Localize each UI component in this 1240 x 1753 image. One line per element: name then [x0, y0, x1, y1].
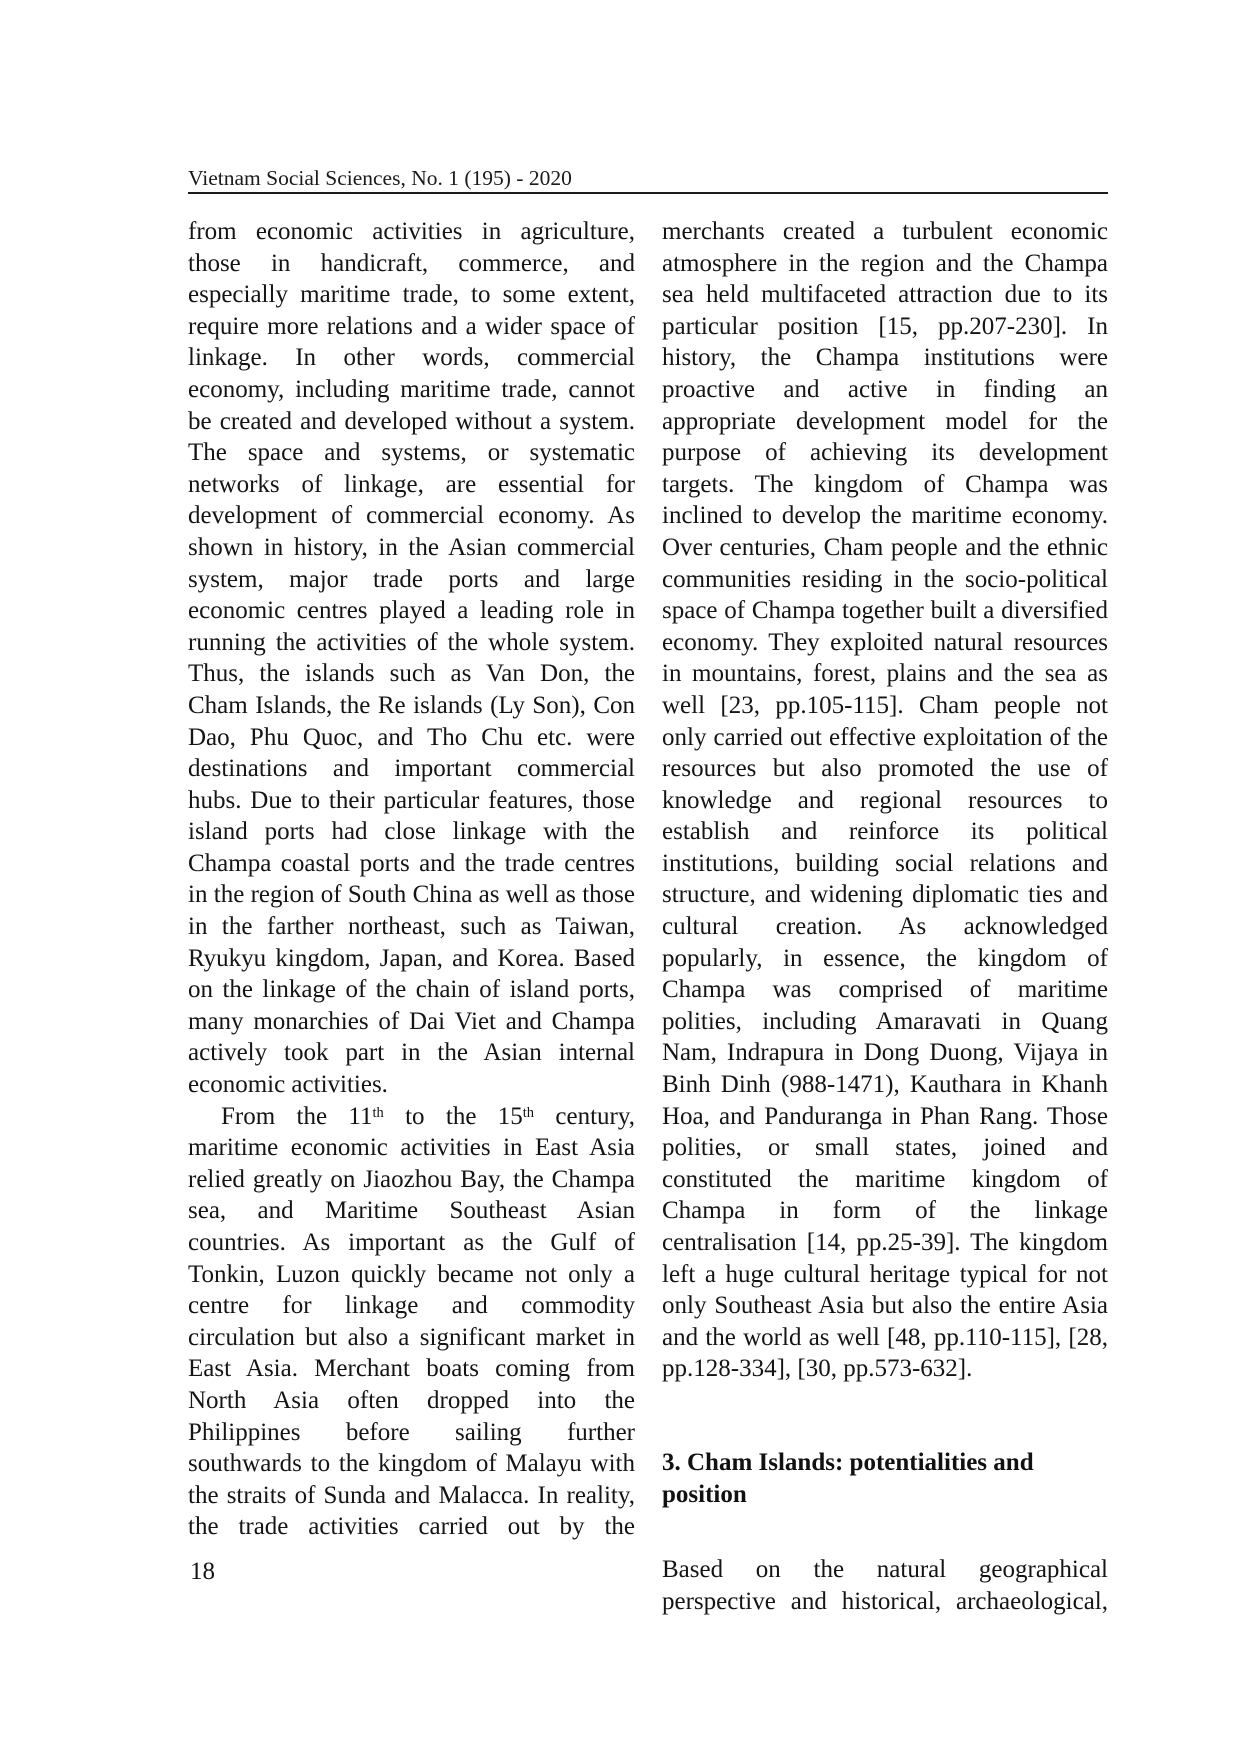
two-column-body: from economic activities in agriculture,… — [188, 216, 1108, 1617]
journal-title-text: Vietnam Social Sciences, No. 1 (195) - 2… — [188, 166, 572, 190]
superscript-ordinal: th — [372, 1105, 383, 1121]
paragraph-text: to the 15 — [384, 1103, 523, 1130]
left-column: from economic activities in agriculture,… — [188, 216, 635, 1617]
paragraph: merchants created a turbulent economic a… — [662, 216, 1108, 1385]
right-column: merchants created a turbulent economic a… — [662, 216, 1108, 1617]
section-heading: 3. Cham Islands: potentialities and posi… — [662, 1447, 1108, 1510]
paragraph-text: century, maritime economic activities in… — [188, 1103, 635, 1541]
page-number: 18 — [190, 1556, 215, 1588]
superscript-ordinal: th — [523, 1105, 534, 1121]
paragraph: Based on the natural geographical perspe… — [662, 1554, 1108, 1617]
header-rule — [188, 192, 1108, 194]
paragraph-text: From the 11 — [221, 1103, 372, 1130]
paragraph: From the 11th to the 15th century, marit… — [188, 1101, 635, 1543]
journal-page: Vietnam Social Sciences, No. 1 (195) - 2… — [0, 0, 1240, 1753]
paragraph-continuation: from economic activities in agriculture,… — [188, 216, 635, 1101]
running-header: Vietnam Social Sciences, No. 1 (195) - 2… — [188, 166, 1108, 190]
